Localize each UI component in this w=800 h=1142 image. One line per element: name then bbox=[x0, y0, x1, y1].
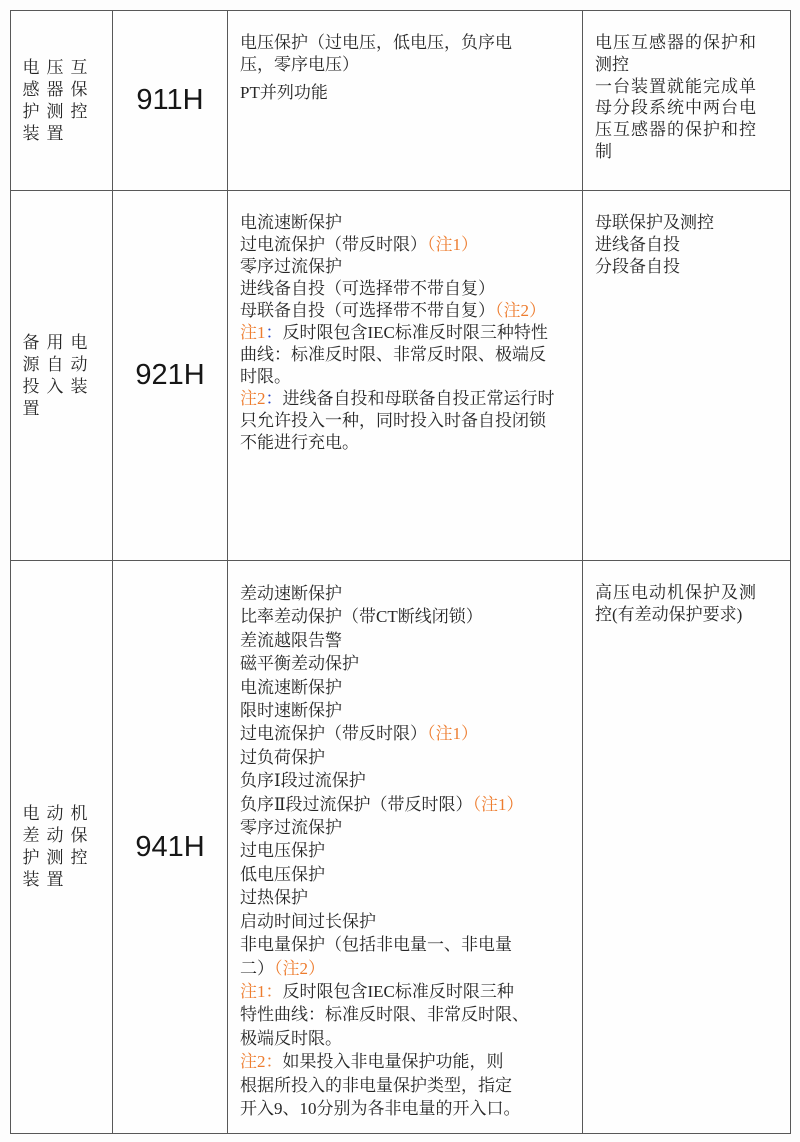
functions-cell: 电流速断保护过电流保护（带反时限）（注1）零序过流保护进线备自投（可选择带不带自… bbox=[228, 191, 583, 561]
function-text: PT并列功能 bbox=[240, 83, 328, 102]
note-ref: 注2 bbox=[240, 1052, 266, 1071]
function-text: 曲线：标准反时限、非常反时限、极端反 bbox=[240, 345, 546, 364]
function-line: 差流越限告警 bbox=[240, 629, 574, 652]
function-text: 开入9、10分别为各非电量的开入口。 bbox=[240, 1099, 521, 1118]
function-line: 特性曲线：标准反时限、非常反时限、 bbox=[240, 1003, 574, 1026]
function-text: 低电压保护 bbox=[240, 865, 325, 884]
note-ref: ： bbox=[266, 1052, 283, 1071]
note-ref: （注2） bbox=[495, 301, 546, 320]
model-cell: 921H bbox=[113, 191, 228, 561]
function-text: 反时限包含IEC标准反时限三种特性 bbox=[283, 323, 548, 342]
function-text: 如果投入非电量保护功能，则 bbox=[283, 1052, 504, 1071]
function-text: 限时速断保护 bbox=[240, 701, 342, 720]
note-ref: （注1） bbox=[427, 724, 478, 743]
function-text: 零序过流保护 bbox=[240, 818, 342, 837]
application-line: 一台装置就能完成单母分段系统中两台电压互感器的保护和控制 bbox=[595, 76, 756, 163]
function-text: 进线备自投和母联备自投正常运行时 bbox=[283, 389, 555, 408]
function-text: 不能进行充电。 bbox=[240, 433, 359, 452]
function-text: 零序过流保护 bbox=[240, 257, 342, 276]
function-line: PT并列功能 bbox=[240, 82, 574, 104]
function-line: 磁平衡差动保护 bbox=[240, 652, 574, 675]
model-cell: 941H bbox=[113, 561, 228, 1134]
function-line: 注1：反时限包含IEC标准反时限三种 bbox=[240, 980, 574, 1003]
spec-table: 电压互感器保护测控装置911H电压保护（过电压，低电压，负序电压，零序电压）PT… bbox=[10, 10, 791, 1134]
function-line: 比率差动保护（带CT断线闭锁） bbox=[240, 605, 574, 628]
functions-cell: 电压保护（过电压，低电压，负序电压，零序电压）PT并列功能 bbox=[228, 11, 583, 191]
function-text: 过电压保护 bbox=[240, 841, 325, 860]
function-text: 电流速断保护 bbox=[240, 213, 342, 232]
function-text: 母联备自投（可选择带不带自复） bbox=[240, 301, 495, 320]
functions-cell: 差动速断保护比率差动保护（带CT断线闭锁）差流越限告警磁平衡差动保护电流速断保护… bbox=[228, 561, 583, 1134]
function-text: ： bbox=[266, 389, 283, 408]
note-ref: ： bbox=[266, 982, 283, 1001]
function-line: 启动时间过长保护 bbox=[240, 910, 574, 933]
function-line: 极端反时限。 bbox=[240, 1027, 574, 1050]
note-ref: 注1 bbox=[240, 323, 266, 342]
function-text: 负序Ⅰ段过流保护 bbox=[240, 771, 366, 790]
application-line: 分段备自投 bbox=[595, 256, 756, 278]
function-line: 母联备自投（可选择带不带自复）（注2） bbox=[240, 300, 574, 322]
model-number: 911H bbox=[136, 84, 203, 117]
function-text: 根据所投入的非电量保护类型，指定 bbox=[240, 1076, 512, 1095]
function-line: 二）（注2） bbox=[240, 957, 574, 980]
function-line: 非电量保护（包括非电量一、非电量 bbox=[240, 933, 574, 956]
function-text: 反时限包含IEC标准反时限三种 bbox=[283, 982, 514, 1001]
function-line: 过热保护 bbox=[240, 886, 574, 909]
function-line: 注2：如果投入非电量保护功能，则 bbox=[240, 1050, 574, 1073]
function-line: 进线备自投（可选择带不带自复） bbox=[240, 278, 574, 300]
function-line: 限时速断保护 bbox=[240, 699, 574, 722]
function-text: 进线备自投（可选择带不带自复） bbox=[240, 279, 495, 298]
device-name: 备用电源自动投入装置 bbox=[23, 332, 101, 420]
function-text: 过负荷保护 bbox=[240, 748, 325, 767]
function-line: 压，零序电压） bbox=[240, 54, 574, 76]
device-name: 电动机差动保护测控装置 bbox=[23, 803, 101, 891]
function-line: 零序过流保护 bbox=[240, 256, 574, 278]
device-cell: 电动机差动保护测控装置 bbox=[11, 561, 113, 1134]
function-line: 负序Ⅱ段过流保护（带反时限）（注1） bbox=[240, 793, 574, 816]
function-line: 零序过流保护 bbox=[240, 816, 574, 839]
function-line: 过负荷保护 bbox=[240, 746, 574, 769]
function-text: 压，零序电压） bbox=[240, 55, 359, 74]
function-line: 电压保护（过电压，低电压，负序电 bbox=[240, 32, 574, 54]
function-text: 比率差动保护（带CT断线闭锁） bbox=[240, 607, 483, 626]
function-text: 差动速断保护 bbox=[240, 584, 342, 603]
device-name: 电压互感器保护测控装置 bbox=[23, 57, 101, 145]
function-line: 曲线：标准反时限、非常反时限、极端反 bbox=[240, 344, 574, 366]
function-line: 根据所投入的非电量保护类型，指定 bbox=[240, 1074, 574, 1097]
function-text: 时限。 bbox=[240, 367, 291, 386]
note-ref: （注1） bbox=[473, 795, 524, 814]
function-line: 注2：进线备自投和母联备自投正常运行时 bbox=[240, 388, 574, 410]
device-cell: 电压互感器保护测控装置 bbox=[11, 11, 113, 191]
application-line: 高压电动机保护及测控(有差动保护要求) bbox=[595, 582, 756, 626]
function-text: 电压保护（过电压，低电压，负序电 bbox=[240, 33, 512, 52]
model-number: 941H bbox=[135, 831, 204, 864]
note-ref: 注2 bbox=[240, 389, 266, 408]
function-line: 开入9、10分别为各非电量的开入口。 bbox=[240, 1097, 574, 1120]
application-line: 电压互感器的保护和测控 bbox=[595, 32, 756, 76]
function-line: 低电压保护 bbox=[240, 863, 574, 886]
function-text: 极端反时限。 bbox=[240, 1029, 342, 1048]
function-line: 负序Ⅰ段过流保护 bbox=[240, 769, 574, 792]
application-line: 母联保护及测控 bbox=[595, 212, 756, 234]
function-line: 过电压保护 bbox=[240, 839, 574, 862]
function-text: 非电量保护（包括非电量一、非电量 bbox=[240, 935, 512, 954]
function-text: 过电流保护（带反时限） bbox=[240, 724, 427, 743]
application-cell: 母联保护及测控进线备自投分段备自投 bbox=[583, 191, 791, 561]
function-text: 只允许投入一种，同时投入时备自投闭锁 bbox=[240, 411, 546, 430]
function-text: 特性曲线：标准反时限、非常反时限、 bbox=[240, 1005, 529, 1024]
application-line: 进线备自投 bbox=[595, 234, 756, 256]
function-line: 只允许投入一种，同时投入时备自投闭锁 bbox=[240, 410, 574, 432]
model-number: 921H bbox=[135, 359, 204, 392]
note-ref: 注1 bbox=[240, 982, 266, 1001]
function-line: 过电流保护（带反时限）（注1） bbox=[240, 234, 574, 256]
function-line: 电流速断保护 bbox=[240, 676, 574, 699]
function-line: 电流速断保护 bbox=[240, 212, 574, 234]
function-text: ： bbox=[266, 323, 283, 342]
function-text: 磁平衡差动保护 bbox=[240, 654, 359, 673]
function-text: 电流速断保护 bbox=[240, 678, 342, 697]
model-cell: 911H bbox=[113, 11, 228, 191]
application-cell: 电压互感器的保护和测控一台装置就能完成单母分段系统中两台电压互感器的保护和控制 bbox=[583, 11, 791, 191]
function-text: 启动时间过长保护 bbox=[240, 912, 376, 931]
function-line: 时限。 bbox=[240, 366, 574, 388]
function-line: 注1：反时限包含IEC标准反时限三种特性 bbox=[240, 322, 574, 344]
device-cell: 备用电源自动投入装置 bbox=[11, 191, 113, 561]
function-line: 不能进行充电。 bbox=[240, 432, 574, 454]
application-cell: 高压电动机保护及测控(有差动保护要求) bbox=[583, 561, 791, 1134]
function-text: 负序Ⅱ段过流保护（带反时限） bbox=[240, 795, 473, 814]
function-text: 二） bbox=[240, 959, 274, 978]
function-line: 差动速断保护 bbox=[240, 582, 574, 605]
function-text: 差流越限告警 bbox=[240, 631, 342, 650]
function-text: 过热保护 bbox=[240, 888, 308, 907]
function-line: 过电流保护（带反时限）（注1） bbox=[240, 722, 574, 745]
note-ref: （注2） bbox=[274, 959, 325, 978]
function-text: 过电流保护（带反时限） bbox=[240, 235, 427, 254]
note-ref: （注1） bbox=[427, 235, 478, 254]
